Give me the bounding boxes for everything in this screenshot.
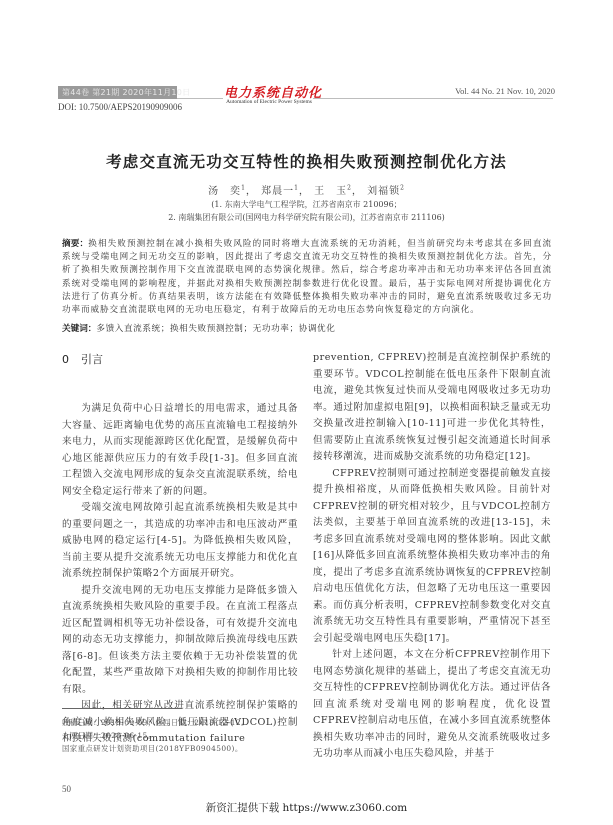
header-rule-right (313, 98, 553, 99)
affiliation-2: 2. 南瑞集团有限公司(国网电力科学研究院有限公司)，江苏省南京市 211106… (0, 212, 613, 223)
paragraph: 提升交流电网的无功电压支撑能力是降低多馈入直流系统换相失败风险的重要手段。在直流… (62, 583, 298, 699)
body-column-right: prevention, CFPREV)控制是直流控制保护系统的重要环节。VDCO… (313, 350, 551, 763)
paragraph: 为满足负荷中心日益增长的用电需求，通过具备大容量、远距离输电优势的高压直流输电工… (62, 401, 298, 500)
affiliation-mark: 2 (347, 185, 352, 192)
body-column-left: 为满足负荷中心日益增长的用电需求，通过具备大容量、远距离输电优势的高压直流输电工… (62, 401, 298, 748)
keywords-label: 关键词： (62, 324, 96, 334)
header-rule-left (177, 98, 223, 99)
author: 汤 奕 (208, 186, 241, 197)
paragraph: 受端交流电网故障引起直流系统换相失败是其中的重要问题之一，其造成的功率冲击和电压… (62, 500, 298, 583)
author-list: 汤 奕1， 郑晨一1， 王 玉2， 刘福锁2 (0, 182, 613, 197)
affiliation-1: (1. 东南大学电气工程学院，江苏省南京市 210096； (0, 199, 613, 210)
author: 王 玉 (314, 186, 347, 197)
keywords: 关键词：多馈入直流系统；换相失败预测控制；无功功率；协调优化 (62, 322, 552, 334)
doi: DOI: 10.7500/AEPS20190909006 (58, 102, 182, 112)
page-number: 50 (62, 784, 71, 794)
footnote-funding: 国家重点研发计划资助项目(2018YFB0904500)。 (62, 742, 249, 755)
footnotes: 收稿日期：2019-09-09；修回日期：2019-12-12。 上网日期：20… (62, 716, 249, 755)
volume-info: Vol. 44 No. 21 Nov. 10, 2020 (455, 86, 555, 96)
paragraph: CFPREV控制则可通过控制逆变器提前触发直接提升换相裕度，从而降低换相失败风险… (313, 466, 551, 648)
footnote-dates: 收稿日期：2019-09-09；修回日期：2019-12-12。 (62, 716, 249, 729)
section-heading: 0引言 (62, 351, 103, 367)
issue-badge: 第44卷 第21期 2020年11月10日 (58, 86, 177, 99)
section-title: 引言 (81, 353, 103, 366)
author: 郑晨一 (261, 186, 294, 197)
paper-title: 考虑交直流无功交互特性的换相失败预测控制优化方法 (0, 150, 613, 172)
abstract-label: 摘要： (62, 239, 88, 249)
journal-name-en: Automation of Electric Power Systems (218, 99, 320, 105)
footnote-online-date: 上网日期：2020-06-15。 (62, 729, 249, 742)
paragraph: 针对上述问题，本文在分析CFPREV控制作用下电网态势演化规律的基础上，提出了考… (313, 647, 551, 763)
affiliation-mark: 2 (400, 185, 405, 192)
affiliation-mark: 1 (294, 185, 299, 192)
affiliation-mark: 1 (241, 185, 246, 192)
abstract-text: 换相失败预测控制在减小换相失败风险的同时将增大直流系统的无功消耗，但当前研究均未… (62, 239, 552, 315)
section-number: 0 (62, 353, 69, 366)
footnote-rule (62, 708, 182, 709)
paragraph: prevention, CFPREV)控制是直流控制保护系统的重要环节。VDCO… (313, 350, 551, 466)
keywords-text: 多馈入直流系统；换相失败预测控制；无功功率；协调优化 (96, 324, 335, 334)
author: 刘福锁 (367, 186, 400, 197)
download-watermark: 新资汇提供下载 https://www.z3060.com (0, 800, 613, 815)
abstract: 摘要：换相失败预测控制在减小换相失败风险的同时将增大直流系统的无功消耗，但当前研… (62, 238, 552, 317)
